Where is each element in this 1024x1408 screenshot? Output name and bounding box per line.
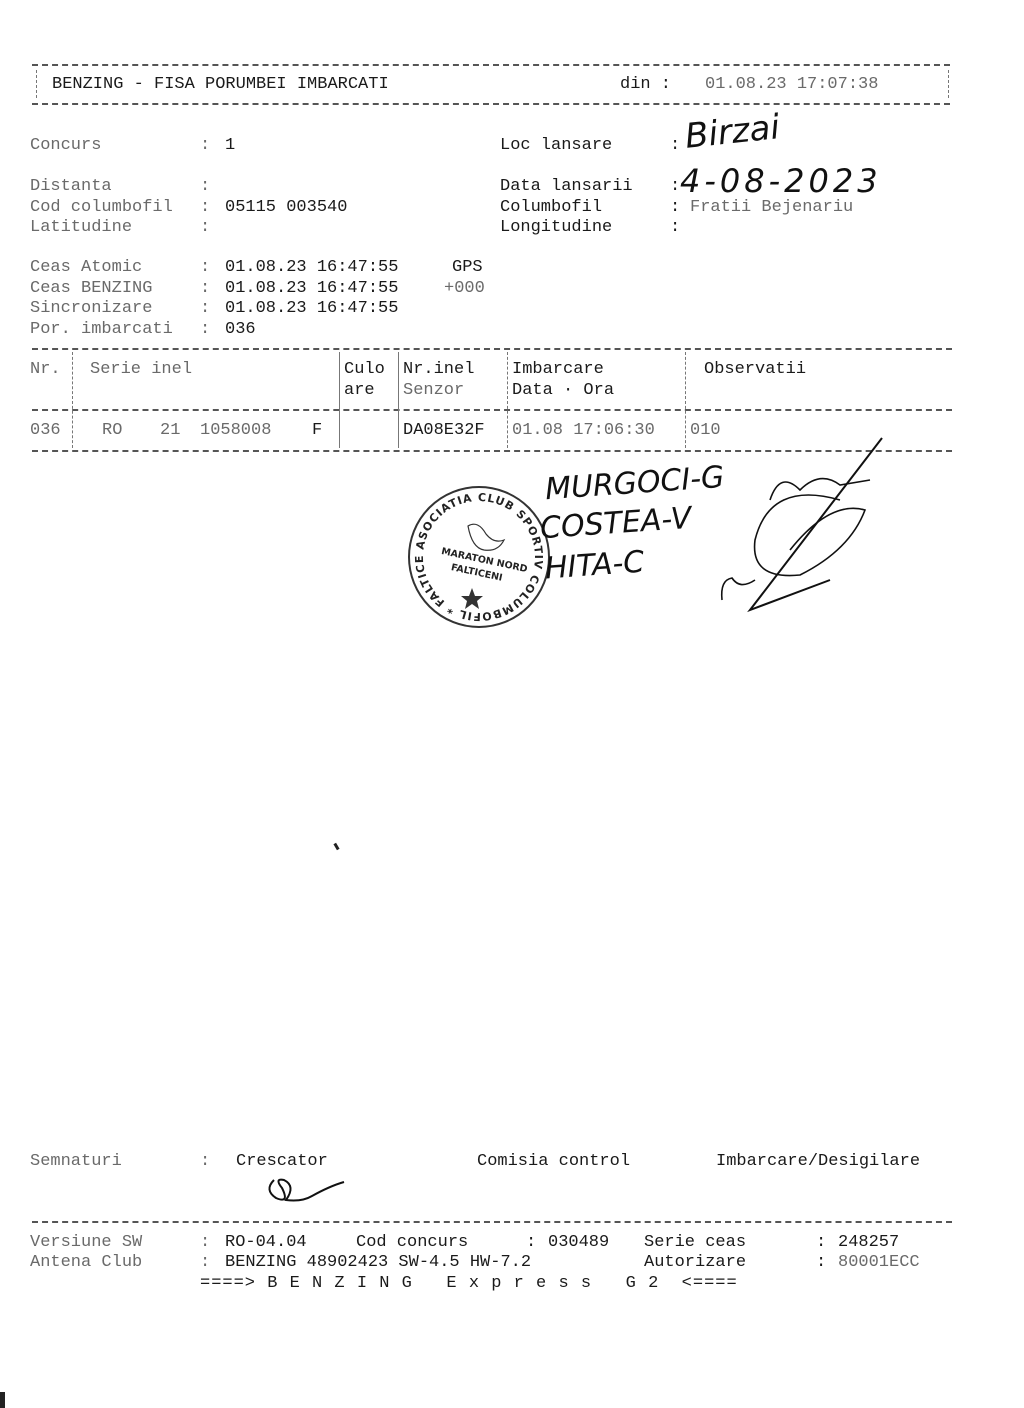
header-senzor-2: Senzor bbox=[403, 381, 464, 401]
scan-edge-mark bbox=[0, 1392, 5, 1408]
loc-lansare-label: Loc lansare bbox=[500, 136, 612, 156]
ceas-atomic-suffix: GPS bbox=[452, 258, 483, 278]
loc-lansare-handwritten: Birzai bbox=[683, 107, 782, 157]
club-stamp: ASOCIATIA CLUB SPORTIV COLUMBOFIL * FALT… bbox=[408, 486, 550, 628]
header-observatii: Observatii bbox=[704, 360, 806, 380]
header-serie-inel: Serie inel bbox=[90, 360, 192, 380]
concurs-value: 1 bbox=[225, 136, 235, 156]
columbofil-sep: : bbox=[670, 198, 680, 218]
commission-name-1: MURGOCI-G bbox=[544, 460, 725, 507]
header-culoare-2: are bbox=[344, 381, 375, 401]
sincronizare-sep: : bbox=[200, 299, 210, 319]
antena-club-label: Antena Club bbox=[30, 1253, 142, 1273]
serie-ceas-value: 248257 bbox=[838, 1233, 899, 1253]
header-left-border bbox=[36, 70, 37, 98]
distanta-label: Distanta bbox=[30, 177, 112, 197]
ceas-benzing-suffix: +000 bbox=[444, 279, 485, 299]
versiune-sw-value: RO-04.04 bbox=[225, 1233, 307, 1253]
longitudine-label: Longitudine bbox=[500, 218, 612, 238]
scan-speck bbox=[333, 843, 339, 851]
concurs-label: Concurs bbox=[30, 136, 101, 156]
sincronizare-label: Sincronizare bbox=[30, 299, 152, 319]
row-boarding: 01.08 17:06:30 bbox=[512, 421, 655, 441]
col-divider bbox=[339, 352, 340, 448]
serie-ceas-sep: : bbox=[816, 1233, 826, 1253]
data-lansarii-handwritten: 4-08-2023 bbox=[680, 162, 882, 200]
comisia-control-label: Comisia control bbox=[477, 1152, 630, 1172]
header-date-value: 01.08.23 17:07:38 bbox=[705, 75, 878, 95]
cod-columbofil-label: Cod columbofil bbox=[30, 198, 173, 218]
porumbei-imbarcati-value: 036 bbox=[225, 320, 256, 340]
antena-club-sep: : bbox=[200, 1253, 210, 1273]
col-divider bbox=[72, 352, 73, 448]
autorizare-value: 80001ECC bbox=[838, 1253, 920, 1273]
benzing-express-banner: ====> B E N Z I N G E x p r e s s G 2 <=… bbox=[200, 1274, 738, 1294]
header-date-label: din : bbox=[620, 75, 671, 95]
sincronizare-value: 01.08.23 16:47:55 bbox=[225, 299, 398, 319]
row-sensor: DA08E32F bbox=[403, 421, 485, 441]
ceas-atomic-sep: : bbox=[200, 258, 210, 278]
document-title: BENZING - FISA PORUMBEI IMBARCATI bbox=[52, 75, 389, 95]
commission-name-3: HITA-C bbox=[544, 545, 645, 587]
star-icon bbox=[461, 588, 483, 609]
serie-ceas-label: Serie ceas bbox=[644, 1233, 746, 1253]
ceas-atomic-value: 01.08.23 16:47:55 bbox=[225, 258, 398, 278]
versiune-sw-label: Versiune SW bbox=[30, 1233, 142, 1253]
cod-concurs-label: Cod concurs bbox=[356, 1233, 468, 1253]
data-lansarii-label: Data lansarii bbox=[500, 177, 633, 197]
versiune-sw-sep: : bbox=[200, 1233, 210, 1253]
data-lansarii-sep: : bbox=[670, 177, 680, 197]
loc-lansare-sep: : bbox=[670, 136, 680, 156]
latitudine-label: Latitudine bbox=[30, 218, 132, 238]
cod-columbofil-sep: : bbox=[200, 198, 210, 218]
stamp-graphic: ASOCIATIA CLUB SPORTIV COLUMBOFIL * FALT… bbox=[410, 488, 548, 626]
header-culoare-1: Culo bbox=[344, 360, 385, 380]
row-year: 21 bbox=[160, 421, 180, 441]
dove-icon bbox=[468, 524, 504, 550]
table-header-rule bbox=[32, 409, 952, 411]
row-country: RO bbox=[102, 421, 122, 441]
table-top-rule bbox=[32, 348, 952, 350]
semnaturi-sep: : bbox=[200, 1152, 210, 1172]
longitudine-sep: : bbox=[670, 218, 680, 238]
autorizare-label: Autorizare bbox=[644, 1253, 746, 1273]
concurs-sep: : bbox=[200, 136, 210, 156]
autorizare-sep: : bbox=[816, 1253, 826, 1273]
commission-name-2: COSTEA-V bbox=[539, 501, 693, 546]
ceas-benzing-sep: : bbox=[200, 279, 210, 299]
cod-concurs-value: 030489 bbox=[548, 1233, 609, 1253]
porumbei-imbarcati-label: Por. imbarcati bbox=[30, 320, 173, 340]
antena-club-value: BENZING 48902423 SW-4.5 HW-7.2 bbox=[225, 1253, 531, 1273]
imbarcare-desigilare-label: Imbarcare/Desigilare bbox=[716, 1152, 920, 1172]
commission-signature bbox=[710, 430, 890, 620]
columbofil-value: Fratii Bejenariu bbox=[690, 198, 853, 218]
row-ring: 1058008 bbox=[200, 421, 271, 441]
porumbei-imbarcati-sep: : bbox=[200, 320, 210, 340]
header-nr: Nr. bbox=[30, 360, 61, 380]
footer-rule bbox=[32, 1221, 952, 1223]
cod-columbofil-value: 05115 003540 bbox=[225, 198, 347, 218]
col-divider bbox=[398, 352, 399, 448]
header-imbarcare-1: Imbarcare bbox=[512, 360, 604, 380]
crescator-label: Crescator bbox=[236, 1152, 328, 1172]
semnaturi-label: Semnaturi bbox=[30, 1152, 122, 1172]
header-top-rule bbox=[32, 64, 950, 66]
ceas-atomic-label: Ceas Atomic bbox=[30, 258, 142, 278]
ceas-benzing-label: Ceas BENZING bbox=[30, 279, 152, 299]
columbofil-label: Columbofil bbox=[500, 198, 602, 218]
latitudine-sep: : bbox=[200, 218, 210, 238]
row-nr: 036 bbox=[30, 421, 61, 441]
cod-concurs-sep: : bbox=[526, 1233, 536, 1253]
distanta-sep: : bbox=[200, 177, 210, 197]
row-sex: F bbox=[312, 421, 322, 441]
header-imbarcare-2: Data · Ora bbox=[512, 381, 614, 401]
col-divider bbox=[685, 352, 686, 448]
header-right-border bbox=[948, 70, 949, 98]
header-senzor-1: Nr.inel bbox=[403, 360, 474, 380]
breeder-signature bbox=[262, 1172, 352, 1212]
col-divider bbox=[507, 352, 508, 448]
header-bottom-rule bbox=[32, 103, 950, 105]
ceas-benzing-value: 01.08.23 16:47:55 bbox=[225, 279, 398, 299]
